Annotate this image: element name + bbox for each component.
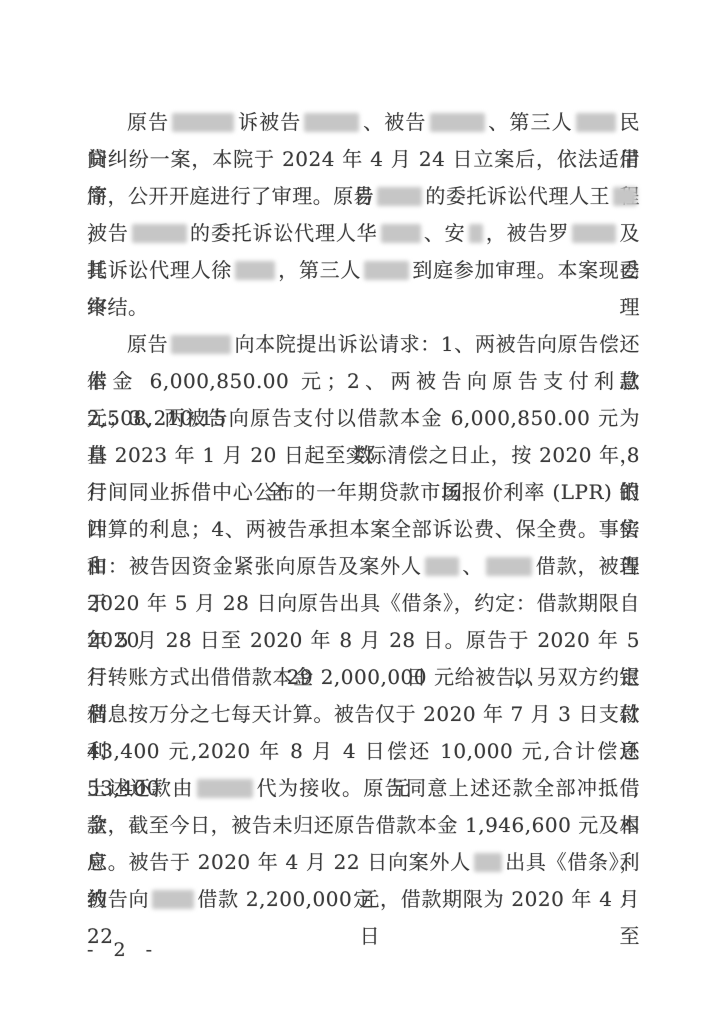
doc-text: 原告 — [127, 110, 169, 134]
redaction-box — [197, 779, 253, 798]
doc-line: 元；3、两被告向原告支付以借款本金 6,000,850.00 元为基数， — [87, 400, 640, 437]
doc-line: 计算的利息；4、两被告承担本案全部诉讼费、保全费。事实和理 — [87, 511, 640, 548]
doc-line: 原告诉被告、被告、第三人民间借 — [87, 104, 640, 141]
doc-text: 上述还款由 — [87, 776, 194, 800]
doc-text: 息。被告于 2020 年 4 月 22 日向案外人 — [87, 850, 471, 874]
redaction-box — [381, 224, 421, 243]
doc-line: 原告向本院提出诉讼请求：1、两被告向原告偿还借款 — [87, 326, 640, 363]
redaction-box — [377, 187, 422, 206]
doc-text: 的委托诉讼代理人王 — [425, 184, 610, 208]
doc-line: 被告的委托诉讼代理人华、安，被告罗及其委 — [87, 215, 640, 252]
doc-text: 、被告 — [362, 110, 426, 134]
redaction-box — [613, 187, 637, 206]
doc-line: 贷纠纷一案，本院于 2024 年 4 月 24 日立案后，依法适用简易程 — [87, 141, 640, 178]
doc-text: ，第三人 — [278, 258, 361, 282]
redaction-box — [425, 557, 459, 576]
doc-text: 被告向 — [87, 887, 149, 911]
redaction-box — [172, 113, 234, 132]
judgment-page: 原告诉被告、被告、第三人民间借贷纠纷一案，本院于 2024 年 4 月 24 日… — [0, 0, 724, 1024]
doc-line: 金，截至今日，被告未归还原告借款本金 1,946,600 元及相应利 — [87, 807, 640, 844]
doc-line: 托诉讼代理人徐，第三人到庭参加审理。本案现已审理 — [87, 252, 640, 289]
redaction-box — [486, 557, 532, 576]
doc-line: 43,400 元,2020 年 8 月 4 日偿还 10,000 元,合计偿还 … — [87, 733, 640, 770]
redaction-box — [152, 890, 194, 909]
doc-text: 、安 — [424, 221, 466, 245]
doc-text: ，被告罗 — [486, 221, 570, 245]
doc-text: 序，公开开庭进行了审理。原告 — [87, 184, 374, 208]
redaction-box — [235, 261, 275, 280]
doc-line: 被告向借款 2,200,000 元，借款期限为 2020 年 4 月 22 日至 — [87, 881, 640, 918]
doc-line: 上述还款由代为接收。原告同意上述还款全部冲抵借款本 — [87, 770, 640, 807]
document-body: 原告诉被告、被告、第三人民间借贷纠纷一案，本院于 2024 年 4 月 24 日… — [87, 104, 640, 965]
doc-text: 由：被告因资金紧张向原告及案外人 — [87, 554, 422, 578]
redaction-box — [469, 224, 483, 243]
doc-line: 由：被告因资金紧张向原告及案外人、借款，被告于 — [87, 548, 640, 585]
redaction-box — [576, 113, 616, 132]
doc-line: 行转账方式出借借款本金 2,000,000 元给被告，另双方约定借款 — [87, 659, 640, 696]
doc-line: 序，公开开庭进行了审理。原告的委托诉讼代理人王， — [87, 178, 640, 215]
doc-line: 息。被告于 2020 年 4 月 22 日向案外人出具《借条》，约定： — [87, 844, 640, 881]
redaction-box — [474, 853, 502, 872]
doc-line: 自 2023 年 1 月 20 日起至实际清偿之日止，按 2020 年 8 月全… — [87, 437, 640, 474]
doc-text: 托诉讼代理人徐 — [87, 258, 232, 282]
doc-text: 、 — [462, 554, 483, 578]
redaction-box — [304, 113, 359, 132]
doc-text: 被告 — [87, 221, 129, 245]
redaction-box — [132, 224, 187, 243]
doc-line: 2020 年 5 月 28 日向原告出具《借条》，约定：借款期限自 2020 — [87, 585, 640, 622]
doc-line: 年 5 月 28 日至 2020 年 8 月 28 日。原告于 2020 年 5… — [87, 622, 640, 659]
doc-text: 诉被告 — [237, 110, 301, 134]
redaction-box — [430, 113, 485, 132]
doc-line: 行间同业拆借中心公布的一年期贷款市场报价利率 (LPR) 的四倍 — [87, 474, 640, 511]
doc-text: 的委托诉讼代理人华 — [190, 221, 378, 245]
doc-line: 利息按万分之七每天计算。被告仅于 2020 年 7 月 3 日支付利息 — [87, 696, 640, 733]
redaction-box — [572, 224, 616, 243]
doc-text: 、第三人 — [488, 110, 573, 134]
redaction-box — [171, 335, 231, 354]
doc-line: 本金 6,000,850.00 元；2、两被告向原告支付利息 2,508,210… — [87, 363, 640, 400]
doc-text: 原告 — [127, 332, 168, 356]
doc-text: 终结。 — [87, 295, 149, 319]
redaction-box — [364, 261, 409, 280]
